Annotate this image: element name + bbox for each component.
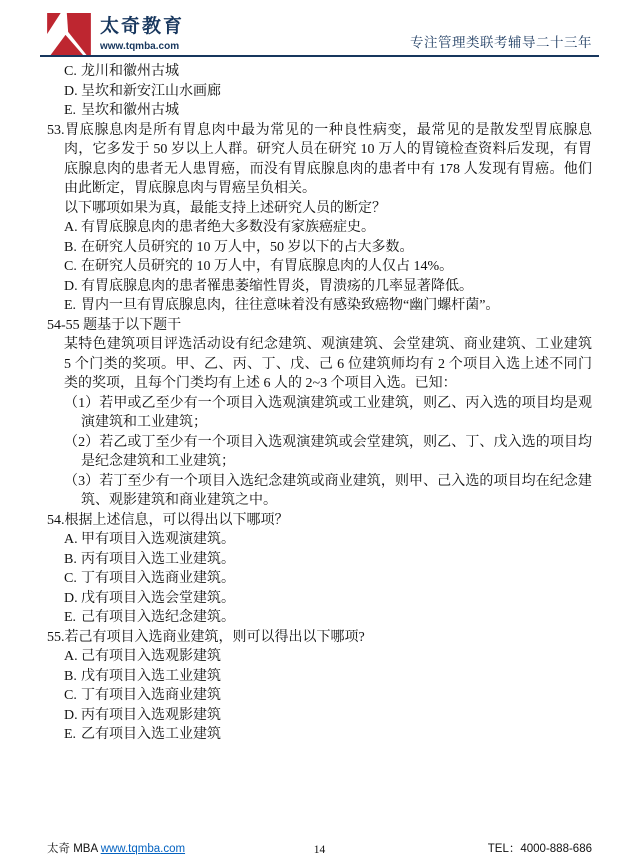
option-text: 呈坎和徽州古城 xyxy=(81,103,179,118)
question-number: 55. xyxy=(47,630,65,645)
option-label: B. xyxy=(64,238,81,258)
option-label: B. xyxy=(64,667,81,687)
option-label: D. xyxy=(64,277,81,297)
page-footer: 太奇 MBA www.tqmba.com 14 TEL：4000-888-686 xyxy=(0,840,639,856)
option-text: 呈坎和新安江山水画廊 xyxy=(81,84,221,99)
option-text: 丁有项目入选商业建筑 xyxy=(81,688,221,703)
option-row: C.龙川和徽州古城 xyxy=(47,62,592,82)
option-label: D. xyxy=(64,706,81,726)
option-label: E. xyxy=(64,101,81,121)
option-row: E.胃内一旦有胃底腺息肉，往往意味着没有感染致癌物“幽门螺杆菌”。 xyxy=(47,296,592,316)
option-label: C. xyxy=(64,257,81,277)
option-label: D. xyxy=(64,589,81,609)
option-row: B.戊有项目入选工业建筑 xyxy=(47,667,592,687)
option-row: A.有胃底腺息肉的患者绝大多数没有家族癌症史。 xyxy=(47,218,592,238)
option-label: B. xyxy=(64,550,81,570)
question-group-54-55: 54-55 题基于以下题干 某特色建筑项目评选活动设有纪念建筑、观演建筑、会堂建… xyxy=(47,316,592,511)
option-row: B.丙有项目入选工业建筑。 xyxy=(47,550,592,570)
option-label: D. xyxy=(64,82,81,102)
option-row: D.有胃底腺息肉的患者罹患萎缩性胃炎，胃溃疡的几率显著降低。 xyxy=(47,277,592,297)
document-page: 太奇教育 www.tqmba.com 专注管理类联考辅导二十三年 C.龙川和徽州… xyxy=(0,0,639,863)
exam-content: C.龙川和徽州古城 D.呈坎和新安江山水画廊 E.呈坎和徽州古城 53.胃底腺息… xyxy=(47,62,592,745)
question-prompt: 以下哪项如果为真，最能支持上述研究人员的断定？ xyxy=(47,199,592,219)
option-text: 有胃底腺息肉的患者绝大多数没有家族癌症史。 xyxy=(81,220,375,235)
option-row: C.丁有项目入选商业建筑 xyxy=(47,686,592,706)
option-text: 胃内一旦有胃底腺息肉，往往意味着没有感染致癌物“幽门螺杆菌”。 xyxy=(81,298,499,313)
taiqi-logo-icon xyxy=(47,13,91,55)
question-number: 53. xyxy=(47,123,65,138)
option-label: E. xyxy=(64,725,81,745)
condition-item: （1）若甲或乙至少有一个项目入选观演建筑或工业建筑，则乙、丙入选的项目均是观演建… xyxy=(64,394,592,433)
brand-name: 太奇教育 xyxy=(100,16,184,38)
brand-text: 太奇教育 www.tqmba.com xyxy=(100,13,184,52)
stem-text: 胃底腺息肉是所有胃息肉中最为常见的一种良性病变，最常见的是散发型胃底腺息肉，它多… xyxy=(64,123,592,197)
option-text: 有胃底腺息肉的患者罹患萎缩性胃炎，胃溃疡的几率显著降低。 xyxy=(81,279,473,294)
option-row: D.戊有项目入选会堂建筑。 xyxy=(47,589,592,609)
option-label: A. xyxy=(64,530,81,550)
option-label: C. xyxy=(64,62,81,82)
option-label: C. xyxy=(64,686,81,706)
brand-url: www.tqmba.com xyxy=(100,41,184,52)
brand-logo: 太奇教育 www.tqmba.com xyxy=(47,13,184,55)
question-stem: 53.胃底腺息肉是所有胃息肉中最为常见的一种良性病变，最常见的是散发型胃底腺息肉… xyxy=(47,121,592,199)
option-text: 甲有项目入选观演建筑。 xyxy=(81,532,235,547)
option-text: 己有项目入选观影建筑 xyxy=(81,649,221,664)
option-text: 己有项目入选纪念建筑。 xyxy=(81,610,235,625)
footer-telephone: TEL：4000-888-686 xyxy=(488,840,592,856)
header-tagline: 专注管理类联考辅导二十三年 xyxy=(410,31,592,55)
option-row: E.呈坎和徽州古城 xyxy=(47,101,592,121)
option-text: 在研究人员研究的 10 万人中，50 岁以下的占大多数。 xyxy=(81,240,414,255)
option-text: 丙有项目入选工业建筑。 xyxy=(81,552,235,567)
option-label: E. xyxy=(64,296,81,316)
option-row: D.丙有项目入选观影建筑 xyxy=(47,706,592,726)
option-text: 在研究人员研究的 10 万人中，有胃底腺息肉的人仅占 14%。 xyxy=(81,259,453,274)
option-label: A. xyxy=(64,647,81,667)
option-row: A.己有项目入选观影建筑 xyxy=(47,647,592,667)
page-header: 太奇教育 www.tqmba.com 专注管理类联考辅导二十三年 xyxy=(40,0,599,57)
option-row: C.丁有项目入选商业建筑。 xyxy=(47,569,592,589)
option-row: E.乙有项目入选工业建筑 xyxy=(47,725,592,745)
condition-item: （2）若乙或丁至少有一个项目入选观演建筑或会堂建筑，则乙、丁、戊入选的项目均是纪… xyxy=(64,433,592,472)
group-intro: 某特色建筑项目评选活动设有纪念建筑、观演建筑、会堂建筑、商业建筑、工业建筑 5 … xyxy=(47,335,592,394)
question-53: 53.胃底腺息肉是所有胃息肉中最为常见的一种良性病变，最常见的是散发型胃底腺息肉… xyxy=(47,121,592,316)
question-prompt: 若己有项目入选商业建筑，则可以得出以下哪项? xyxy=(65,630,365,645)
option-row: C.在研究人员研究的 10 万人中，有胃底腺息肉的人仅占 14%。 xyxy=(47,257,592,277)
option-row: D.呈坎和新安江山水画廊 xyxy=(47,82,592,102)
option-row: B.在研究人员研究的 10 万人中，50 岁以下的占大多数。 xyxy=(47,238,592,258)
option-row: E.己有项目入选纪念建筑。 xyxy=(47,608,592,628)
option-text: 乙有项目入选工业建筑 xyxy=(81,727,221,742)
question-stem: 54.根据上述信息，可以得出以下哪项？ xyxy=(47,511,592,531)
question-stem: 55.若己有项目入选商业建筑，则可以得出以下哪项? xyxy=(47,628,592,648)
option-label: C. xyxy=(64,569,81,589)
option-text: 丙有项目入选观影建筑 xyxy=(81,708,221,723)
question-54: 54.根据上述信息，可以得出以下哪项？ A.甲有项目入选观演建筑。 B.丙有项目… xyxy=(47,511,592,628)
question-55: 55.若己有项目入选商业建筑，则可以得出以下哪项? A.己有项目入选观影建筑 B… xyxy=(47,628,592,745)
option-label: E. xyxy=(64,608,81,628)
option-text: 戊有项目入选工业建筑 xyxy=(81,669,221,684)
option-text: 戊有项目入选会堂建筑。 xyxy=(81,591,235,606)
option-label: A. xyxy=(64,218,81,238)
group-heading: 54-55 题基于以下题干 xyxy=(47,316,592,336)
condition-item: （3）若丁至少有一个项目入选纪念建筑或商业建筑，则甲、己入选的项目均在纪念建筑、… xyxy=(64,472,592,511)
option-text: 丁有项目入选商业建筑。 xyxy=(81,571,235,586)
option-text: 龙川和徽州古城 xyxy=(81,64,179,79)
question-prompt: 根据上述信息，可以得出以下哪项？ xyxy=(65,513,289,528)
option-row: A.甲有项目入选观演建筑。 xyxy=(47,530,592,550)
question-number: 54. xyxy=(47,513,65,528)
